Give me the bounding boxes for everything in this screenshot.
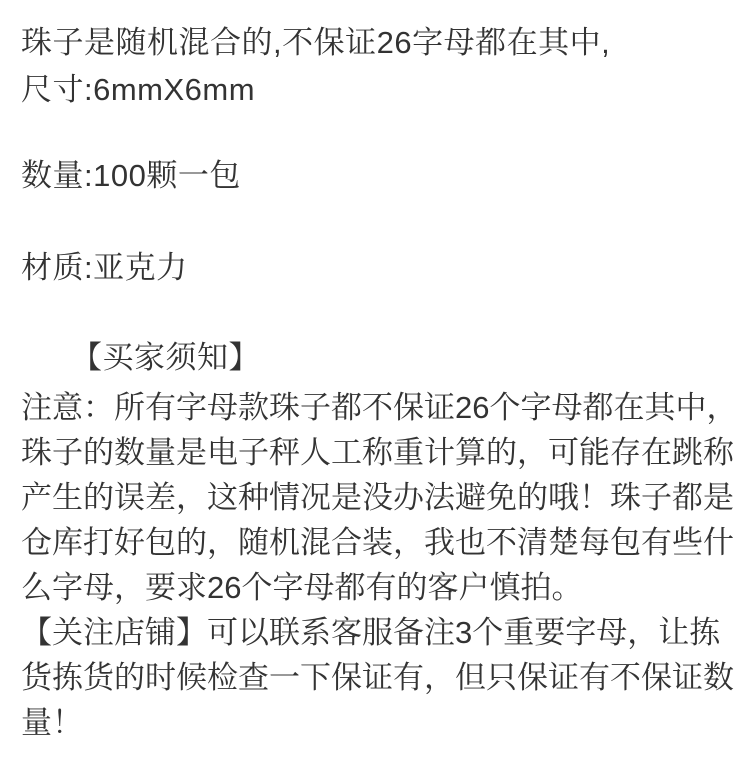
product-summary: 珠子是随机混合的,不保证26字母都在其中, 尺寸:6mmX6mm [21,0,732,113]
quantity-line: 数量:100颗一包 [21,152,732,199]
buyer-notice-body: 注意：所有字母款珠子都不保证26个字母都在其中， 珠子的数量是电子秤人工称重计算… [21,385,732,745]
size-line: 尺寸:6mmX6mm [21,66,732,113]
buyer-notice-heading: 【买家须知】 [21,334,732,381]
notice-line-5: 么字母，要求26个字母都有的客户慎拍。 [21,565,732,610]
material-line: 材质:亚克力 [21,244,732,291]
product-description-page: 珠子是随机混合的,不保证26字母都在其中, 尺寸:6mmX6mm 数量:100颗… [0,0,750,768]
notice-line-1: 注意：所有字母款珠子都不保证26个字母都在其中， [21,385,732,430]
notice-line-7: 货拣货的时候检查一下保证有，但只保证有不保证数 [21,655,732,700]
notice-line-6: 【关注店铺】可以联系客服备注3个重要字母，让拣 [21,610,732,655]
notice-line-3: 产生的误差，这种情况是没办法避免的哦！珠子都是 [21,475,732,520]
notice-line-8: 量！ [21,700,732,745]
mix-note-line: 珠子是随机混合的,不保证26字母都在其中, [21,19,732,66]
notice-line-2: 珠子的数量是电子秤人工称重计算的，可能存在跳称 [21,430,732,475]
notice-line-4: 仓库打好包的，随机混合装，我也不清楚每包有些什 [21,520,732,565]
